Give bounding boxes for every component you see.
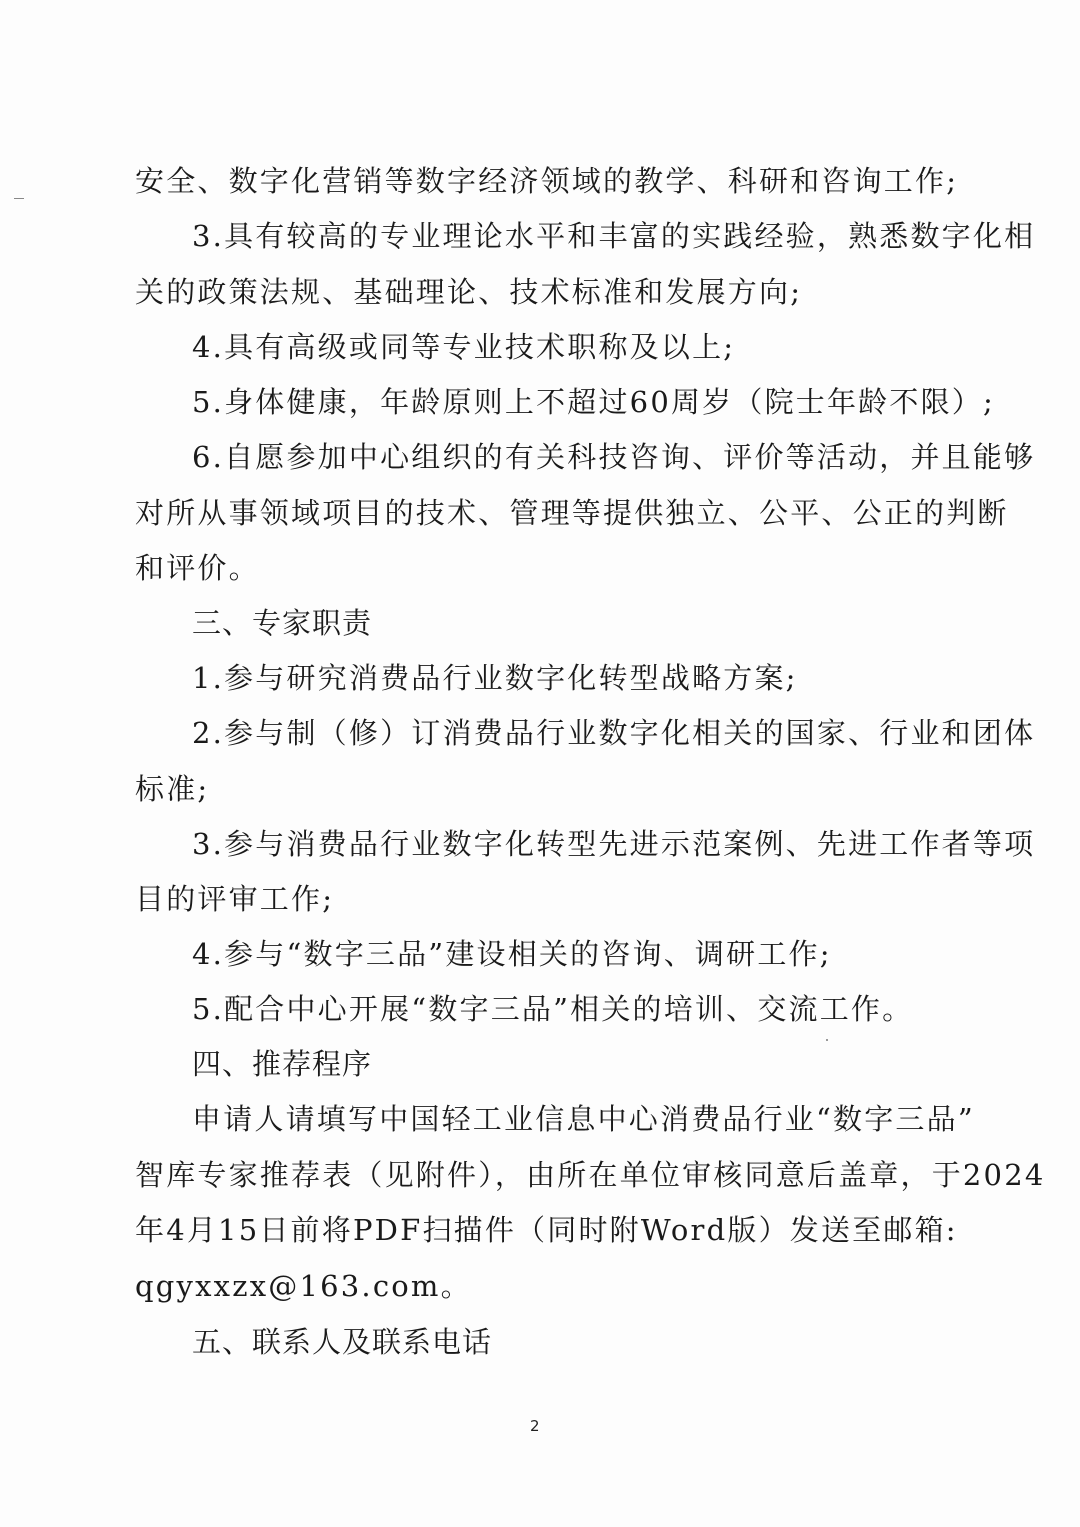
section-heading-procedure: 四、推荐程序	[192, 1044, 945, 1084]
body-line-continuation: 安全、数字化营销等数字经济领域的教学、科研和咨询工作;	[135, 161, 945, 201]
duty-3-continued: 目的评审工作;	[135, 879, 945, 919]
duty-3: 3.参与消费品行业数字化转型先进示范案例、先进工作者等项	[192, 824, 945, 864]
document-page: 安全、数字化营销等数字经济领域的教学、科研和咨询工作; 3.具有较高的专业理论水…	[0, 0, 1080, 1527]
procedure-paragraph: 申请人请填写中国轻工业信息中心消费品行业“数字三品”	[192, 1099, 945, 1139]
requirement-6-continued: 对所从事领域项目的技术、管理等提供独立、公平、公正的判断	[135, 493, 945, 533]
requirement-4: 4.具有高级或同等专业技术职称及以上;	[192, 327, 945, 367]
duty-5: 5.配合中心开展“数字三品”相关的培训、交流工作。	[192, 989, 945, 1029]
procedure-paragraph-line-2: 智库专家推荐表（见附件），由所在单位审核同意后盖章，于2024	[135, 1155, 945, 1195]
requirement-5: 5.身体健康，年龄原则上不超过60周岁（院士年龄不限）;	[192, 382, 945, 422]
duty-1: 1.参与研究消费品行业数字化转型战略方案;	[192, 658, 945, 698]
duty-2-continued: 标准;	[135, 769, 945, 809]
scan-artifact	[14, 198, 24, 199]
requirement-6: 6.自愿参加中心组织的有关科技咨询、评价等活动，并且能够	[192, 437, 945, 477]
duty-2: 2.参与制（修）订消费品行业数字化相关的国家、行业和团体	[192, 713, 945, 753]
duty-4: 4.参与“数字三品”建设相关的咨询、调研工作;	[192, 934, 945, 974]
requirement-6-end: 和评价。	[135, 548, 945, 588]
section-heading-contacts: 五、联系人及联系电话	[192, 1322, 945, 1362]
page-number: 2	[530, 1417, 540, 1435]
scan-artifact-dot	[826, 1039, 828, 1041]
procedure-paragraph-line-3: 年4月15日前将PDF扫描件（同时附Word版）发送至邮箱:	[135, 1210, 945, 1250]
section-heading-duties: 三、专家职责	[192, 603, 945, 643]
requirement-3-continued: 关的政策法规、基础理论、技术标准和发展方向;	[135, 272, 945, 312]
contact-email: qgyxxzx@163.com。	[135, 1266, 945, 1306]
requirement-3: 3.具有较高的专业理论水平和丰富的实践经验，熟悉数字化相	[192, 216, 945, 256]
